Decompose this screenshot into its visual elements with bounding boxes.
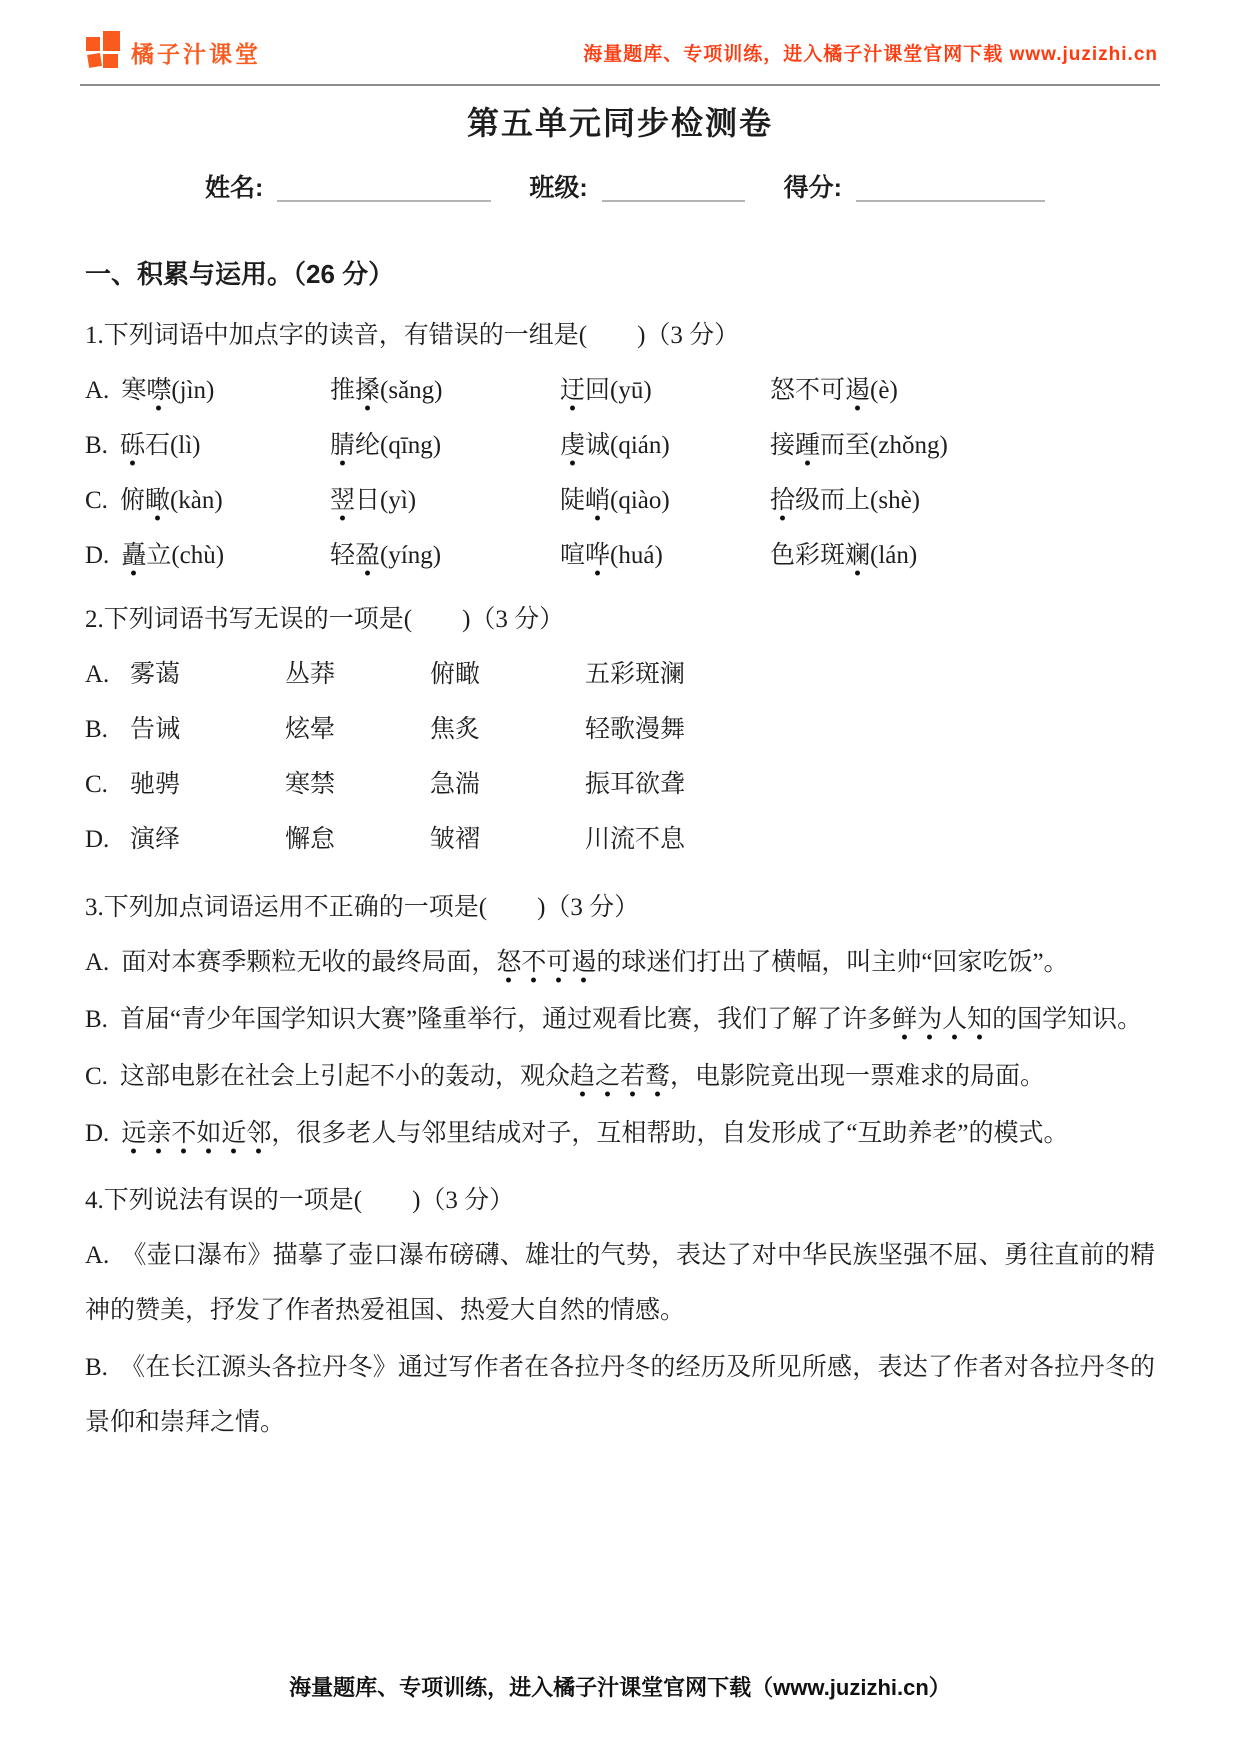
q1-a-cell-4: 怒不可遏(è) bbox=[770, 363, 1155, 418]
brand: 橘子汁课堂 bbox=[85, 29, 261, 76]
q1-d-cell-2: 轻盈(yíng) bbox=[330, 528, 560, 583]
q3-option-a: A.面对本赛季颗粒无收的最终局面，怒不可遏的球迷们打出了横幅，叫主帅“回家吃饭”… bbox=[85, 935, 1155, 990]
q1-b-cell-2: 腈纶(qīng) bbox=[330, 418, 560, 473]
word: 雾蔼 bbox=[130, 647, 285, 702]
name-label: 姓名: bbox=[205, 174, 263, 202]
question-4-stem: 4.下列说法有误的一项是( )（3 分） bbox=[85, 1173, 1155, 1228]
brand-logo-icon bbox=[85, 29, 131, 76]
word: 川流不息 bbox=[585, 812, 685, 867]
emphasis-dot-char: 踵 bbox=[795, 432, 820, 466]
option-label: A. bbox=[85, 1242, 109, 1269]
option-label: D. bbox=[85, 1120, 109, 1147]
word: 炫晕 bbox=[285, 702, 430, 757]
q4-option-b: B.《在长江源头各拉丹冬》通过写作者在各拉丹冬的经历及所见所感，表达了作者对各拉… bbox=[85, 1340, 1155, 1450]
q3-option-c: C.这部电影在社会上引起不小的轰动，观众趋之若鹜，电影院竟出现一票难求的局面。 bbox=[85, 1049, 1155, 1104]
q1-option-row-d: D.矗立(chù) 轻盈(yíng) 喧哗(huá) 色彩斑斓(lán) bbox=[85, 528, 1155, 583]
word: 懈怠 bbox=[285, 812, 430, 867]
emphasis-dot-char: 虔 bbox=[560, 432, 585, 466]
question-1-stem: 1.下列词语中加点字的读音，有错误的一组是( )（3 分） bbox=[85, 308, 1155, 363]
word: 俯瞰 bbox=[430, 647, 585, 702]
emphasis-dot-char: 矗 bbox=[121, 542, 146, 576]
option-label: B. bbox=[85, 432, 108, 459]
q2-option-row-b: B. 告诫 炫晕 焦炙 轻歌漫舞 bbox=[85, 702, 1155, 757]
option-label: B. bbox=[85, 1354, 108, 1381]
emphasis-dot-char: 瞰 bbox=[145, 487, 170, 521]
emphasis-dot-char: 搡 bbox=[355, 377, 380, 411]
q1-c-cell-3: 陡峭(qiào) bbox=[560, 473, 770, 528]
q1-d-cell-1: D.矗立(chù) bbox=[85, 528, 330, 583]
option-label: D. bbox=[85, 812, 130, 867]
page-title: 第五单元同步检测卷 bbox=[0, 100, 1240, 146]
q1-c-cell-4: 拾级而上(shè) bbox=[770, 473, 1155, 528]
option-label: D. bbox=[85, 542, 109, 569]
q1-option-row-b: B.砾石(lì) 腈纶(qīng) 虔诚(qián) 接踵而至(zhǒng) bbox=[85, 418, 1155, 473]
option-label: C. bbox=[85, 487, 108, 514]
emphasis-dot-char: 噤 bbox=[146, 377, 171, 411]
section-heading: 一、积累与运用。（26 分） bbox=[85, 254, 1155, 294]
emphasis-dot-char: 盈 bbox=[355, 542, 380, 576]
q1-d-cell-3: 喧哗(huá) bbox=[560, 528, 770, 583]
option-label: A. bbox=[85, 949, 109, 976]
emphasis-dot-char: 斓 bbox=[845, 542, 870, 576]
word: 寒禁 bbox=[285, 757, 430, 812]
emphasis-dot-char: 砾 bbox=[120, 432, 145, 466]
emphasis-dot-char: 遏 bbox=[845, 377, 870, 411]
brand-name: 橘子汁课堂 bbox=[131, 36, 261, 69]
emphasis-dot-char: 迂 bbox=[560, 377, 585, 411]
q1-a-cell-1: A.寒噤(jìn) bbox=[85, 363, 330, 418]
emphasis-dot-phrase: 鲜为人知 bbox=[892, 1006, 992, 1040]
q1-b-cell-4: 接踵而至(zhǒng) bbox=[770, 418, 1155, 473]
question-3-stem: 3.下列加点词语运用不正确的一项是( )（3 分） bbox=[85, 880, 1155, 935]
header-divider bbox=[80, 84, 1160, 86]
option-label: B. bbox=[85, 1006, 108, 1033]
q2-option-row-d: D. 演绎 懈怠 皱褶 川流不息 bbox=[85, 812, 1155, 867]
question-2-stem: 2.下列词语书写无误的一项是( )（3 分） bbox=[85, 592, 1155, 647]
class-blank-line bbox=[602, 176, 745, 202]
student-info-row: 姓名: 班级: 得分: bbox=[205, 172, 1240, 202]
q1-a-cell-2: 推搡(sǎng) bbox=[330, 363, 560, 418]
emphasis-dot-char: 拾 bbox=[770, 487, 795, 521]
emphasis-dot-char: 腈 bbox=[330, 432, 355, 466]
emphasis-dot-char: 翌 bbox=[330, 487, 355, 521]
word: 五彩斑澜 bbox=[585, 647, 685, 702]
score-label: 得分: bbox=[784, 174, 842, 202]
q1-d-cell-4: 色彩斑斓(lán) bbox=[770, 528, 1155, 583]
emphasis-dot-char: 峭 bbox=[585, 487, 610, 521]
word: 轻歌漫舞 bbox=[585, 702, 685, 757]
word: 演绎 bbox=[130, 812, 285, 867]
q3-option-d: D.远亲不如近邻，很多老人与邻里结成对子，互相帮助，自发形成了“互助养老”的模式… bbox=[85, 1106, 1155, 1161]
test-paper-page: 橘子汁课堂 海量题库、专项训练，进入橘子汁课堂官网下载 www.juzizhi.… bbox=[0, 0, 1240, 1754]
emphasis-dot-phrase: 远亲不如近邻 bbox=[121, 1120, 271, 1154]
option-label: A. bbox=[85, 647, 130, 702]
emphasis-dot-char: 哗 bbox=[585, 542, 610, 576]
option-label: A. bbox=[85, 377, 109, 404]
q1-a-cell-3: 迂回(yū) bbox=[560, 363, 770, 418]
page-footer-text: 海量题库、专项训练，进入橘子汁课堂官网下载（www.juzizhi.cn） bbox=[0, 1672, 1240, 1704]
q1-option-row-a: A.寒噤(jìn) 推搡(sǎng) 迂回(yū) 怒不可遏(è) bbox=[85, 363, 1155, 418]
emphasis-dot-phrase: 怒不可遏 bbox=[496, 949, 596, 983]
q1-b-cell-3: 虔诚(qián) bbox=[560, 418, 770, 473]
header-promo-text: 海量题库、专项训练，进入橘子汁课堂官网下载 www.juzizhi.cn bbox=[583, 39, 1158, 66]
word: 丛莽 bbox=[285, 647, 430, 702]
option-label: C. bbox=[85, 757, 130, 812]
word: 皱褶 bbox=[430, 812, 585, 867]
q3-option-b: B.首届“青少年国学知识大赛”隆重举行，通过观看比赛，我们了解了许多鲜为人知的国… bbox=[85, 992, 1155, 1047]
word: 振耳欲聋 bbox=[585, 757, 685, 812]
q1-c-cell-1: C.俯瞰(kàn) bbox=[85, 473, 330, 528]
q1-c-cell-2: 翌日(yì) bbox=[330, 473, 560, 528]
word: 告诫 bbox=[130, 702, 285, 757]
word: 急湍 bbox=[430, 757, 585, 812]
word: 驰骋 bbox=[130, 757, 285, 812]
page-header: 橘子汁课堂 海量题库、专项训练，进入橘子汁课堂官网下载 www.juzizhi.… bbox=[0, 0, 1240, 74]
q1-b-cell-1: B.砾石(lì) bbox=[85, 418, 330, 473]
score-blank-line bbox=[856, 176, 1045, 202]
q4-option-a: A.《壶口瀑布》描摹了壶口瀑布磅礴、雄壮的气势，表达了对中华民族坚强不屈、勇往直… bbox=[85, 1228, 1155, 1338]
word: 焦炙 bbox=[430, 702, 585, 757]
option-label: B. bbox=[85, 702, 130, 757]
emphasis-dot-phrase: 趋之若鹜 bbox=[570, 1063, 670, 1097]
q2-option-row-c: C. 驰骋 寒禁 急湍 振耳欲聋 bbox=[85, 757, 1155, 812]
q2-option-row-a: A. 雾蔼 丛莽 俯瞰 五彩斑澜 bbox=[85, 647, 1155, 702]
class-label: 班级: bbox=[529, 174, 587, 202]
option-label: C. bbox=[85, 1063, 108, 1090]
name-blank-line bbox=[277, 176, 491, 202]
q1-option-row-c: C.俯瞰(kàn) 翌日(yì) 陡峭(qiào) 拾级而上(shè) bbox=[85, 473, 1155, 528]
